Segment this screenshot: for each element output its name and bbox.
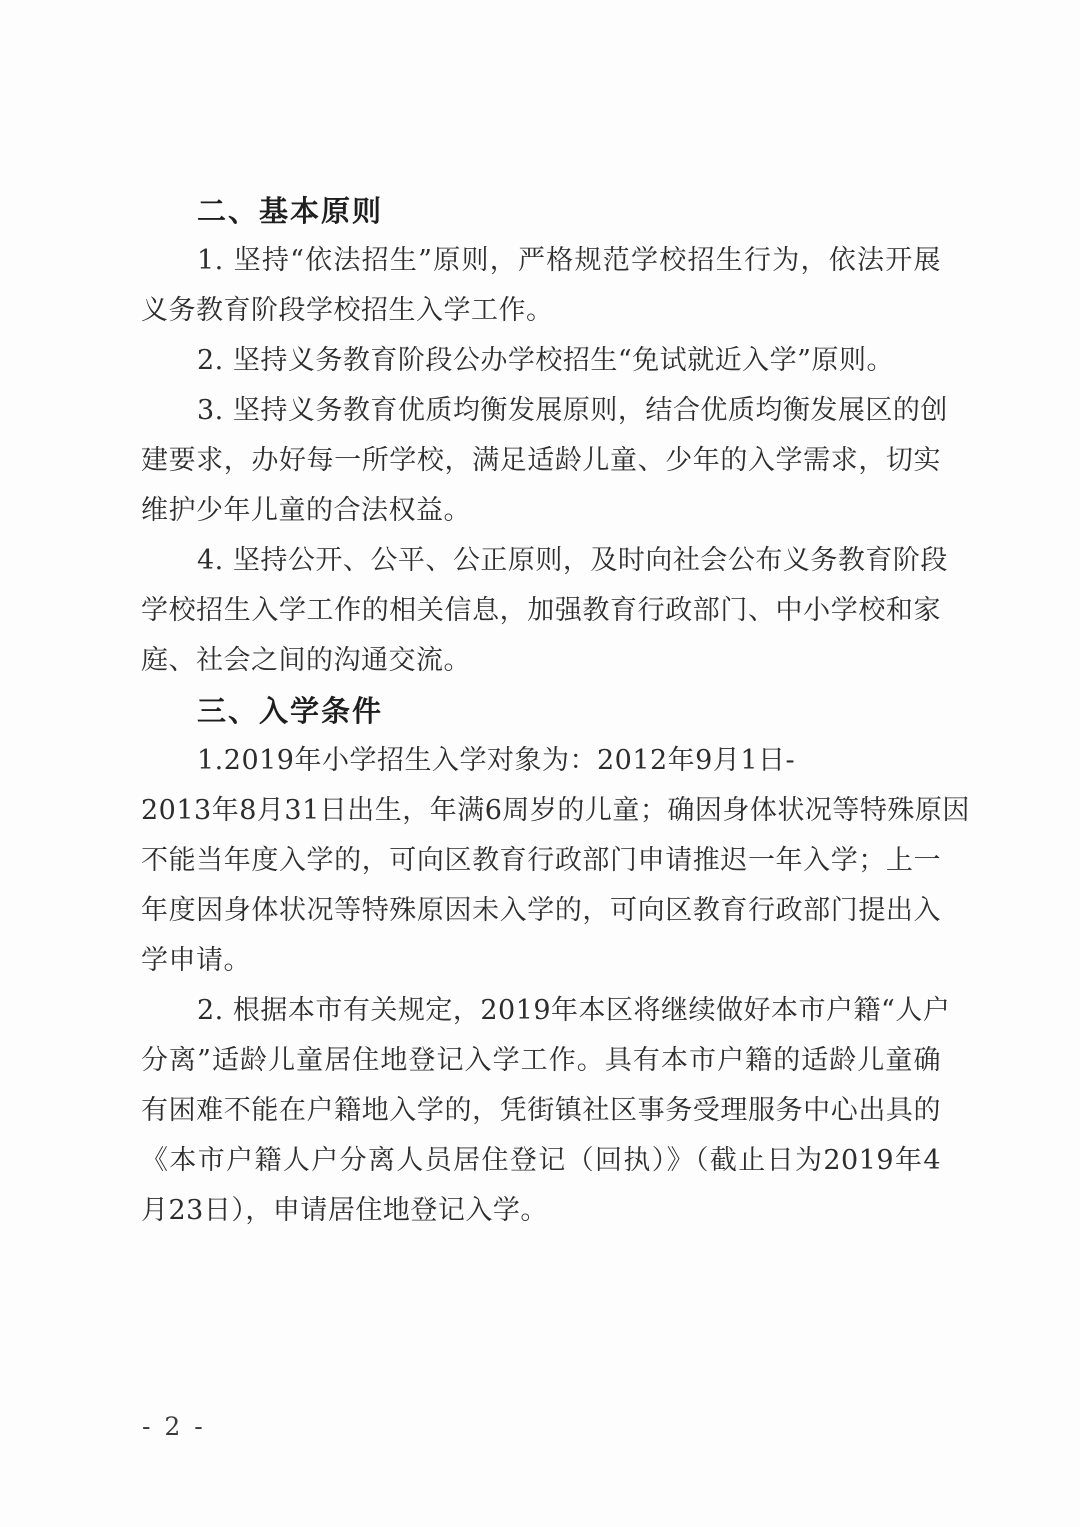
page-number: - 2 - — [142, 1412, 206, 1441]
text-line: 2013年8月31日出生，年满6周岁的儿童；确因身体状况等特殊原因 — [141, 786, 941, 836]
text-line: 月23日），申请居住地登记入学。 — [141, 1186, 941, 1236]
text-line: 年度因身体状况等特殊原因未入学的，可向区教育行政部门提出入 — [141, 886, 941, 936]
text-line: 4. 坚持公开、公平、公正原则，及时向社会公布义务教育阶段 — [141, 536, 941, 586]
section-heading: 二、基本原则 — [141, 186, 941, 236]
text-line: 维护少年儿童的合法权益。 — [141, 486, 941, 536]
text-line: 分离”适龄儿童居住地登记入学工作。具有本市户籍的适龄儿童确 — [141, 1036, 941, 1086]
text-line: 有困难不能在户籍地入学的，凭街镇社区事务受理服务中心出具的 — [141, 1086, 941, 1136]
text-line: 2. 根据本市有关规定，2019年本区将继续做好本市户籍“人户 — [141, 986, 941, 1036]
text-line: 3. 坚持义务教育优质均衡发展原则，结合优质均衡发展区的创 — [141, 386, 941, 436]
text-line: 庭、社会之间的沟通交流。 — [141, 636, 941, 686]
document-body: 二、基本原则1. 坚持“依法招生”原则，严格规范学校招生行为，依法开展义务教育阶… — [141, 186, 941, 1236]
text-line: 学校招生入学工作的相关信息，加强教育行政部门、中小学校和家 — [141, 586, 941, 636]
text-line: 义务教育阶段学校招生入学工作。 — [141, 286, 941, 336]
text-line: 《本市户籍人户分离人员居住登记（回执）》（截止日为2019年4 — [141, 1136, 941, 1186]
text-line: 2. 坚持义务教育阶段公办学校招生“免试就近入学”原则。 — [141, 336, 941, 386]
text-line: 学申请。 — [141, 936, 941, 986]
document-page: 二、基本原则1. 坚持“依法招生”原则，严格规范学校招生行为，依法开展义务教育阶… — [0, 0, 1080, 1527]
text-line: 建要求，办好每一所学校，满足适龄儿童、少年的入学需求，切实 — [141, 436, 941, 486]
text-line: 不能当年度入学的，可向区教育行政部门申请推迟一年入学；上一 — [141, 836, 941, 886]
text-line: 1.2019年小学招生入学对象为：2012年9月1日- — [141, 736, 941, 786]
section-heading: 三、入学条件 — [141, 686, 941, 736]
text-line: 1. 坚持“依法招生”原则，严格规范学校招生行为，依法开展 — [141, 236, 941, 286]
